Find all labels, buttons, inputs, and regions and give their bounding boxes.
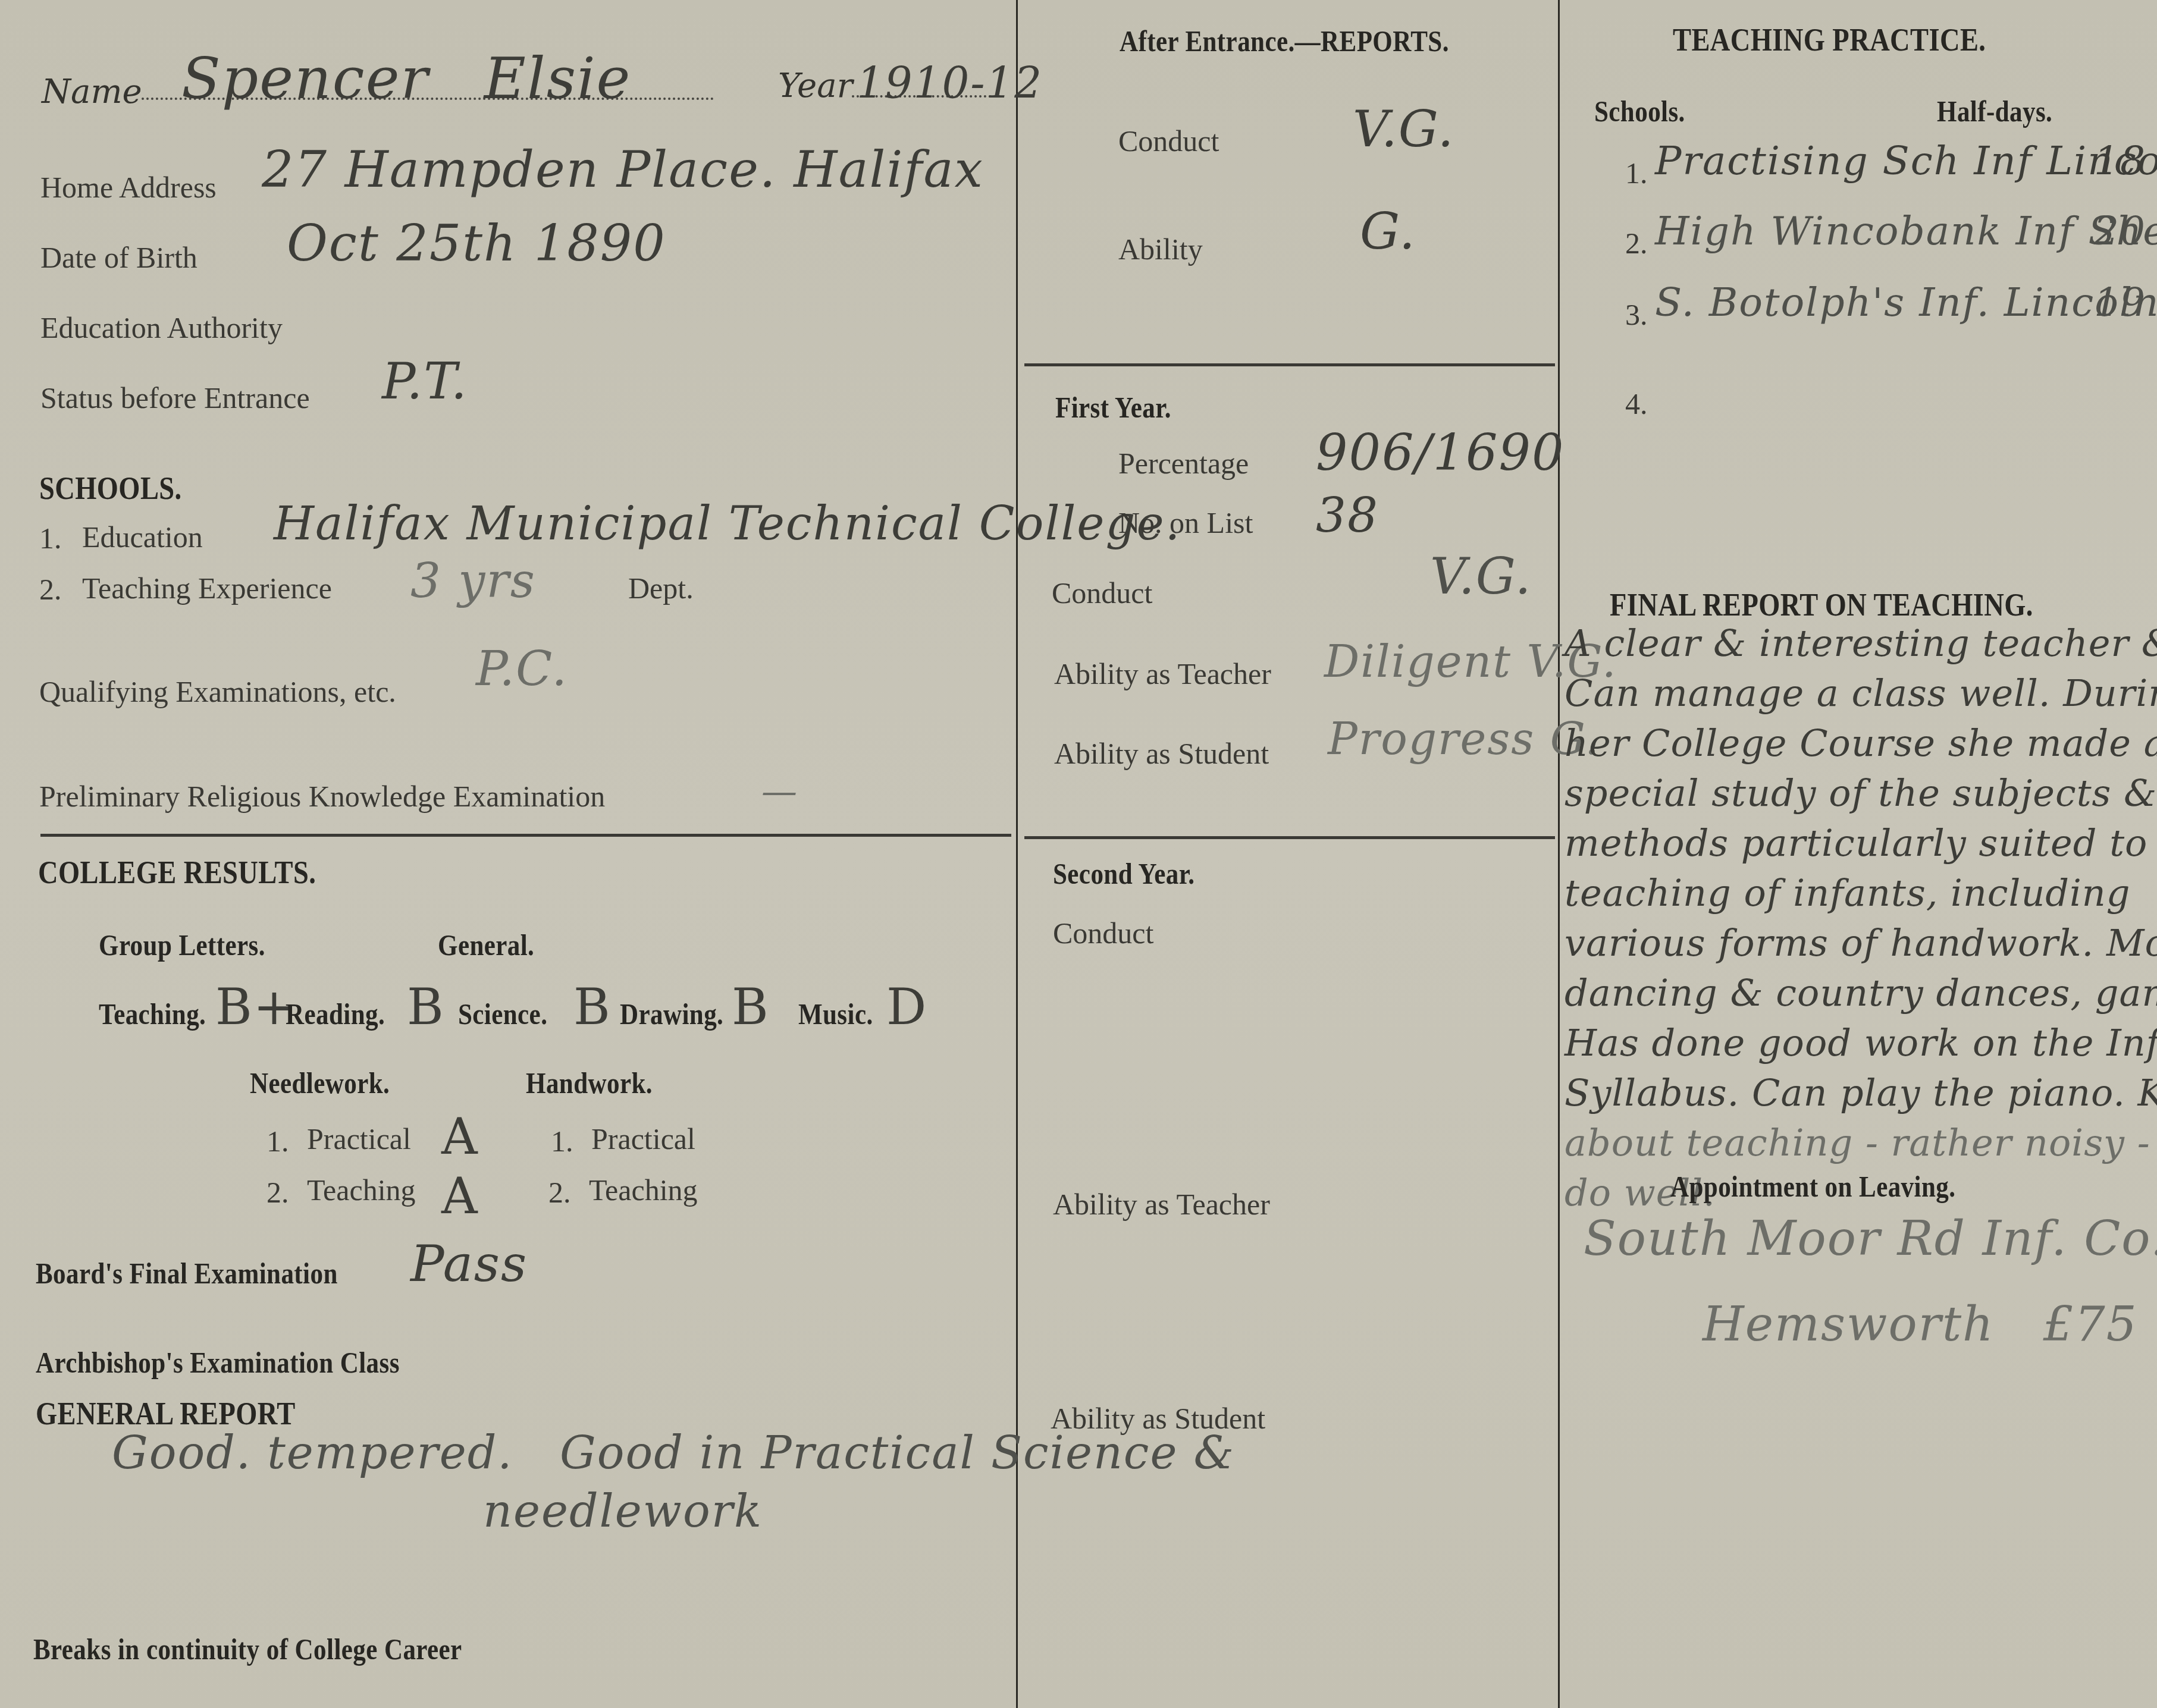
tp-entry-num: 3.	[1625, 297, 1648, 332]
subject-label: Science.	[458, 997, 547, 1031]
reports-conduct-label: Conduct	[1118, 124, 1219, 158]
list-value[interactable]: 38	[1316, 488, 1379, 543]
section-divider-first-year	[1024, 836, 1555, 839]
section-divider-reports	[1024, 363, 1555, 366]
tp-entry-num: 1.	[1625, 156, 1648, 190]
school-2-value[interactable]: 3 yrs	[410, 553, 536, 608]
tp-halfdays-label: Half-days.	[1937, 94, 2052, 128]
reports-heading: After Entrance.—REPORTS.	[1120, 24, 1449, 58]
appointment-heading: Appointment on Leaving.	[1670, 1169, 1955, 1204]
reports-ability-value[interactable]: G.	[1360, 202, 1416, 260]
school-1-num: 1.	[39, 521, 62, 555]
tp-entry-school[interactable]: High Wincobank Inf Sheffield	[1655, 208, 2157, 254]
archbishop-label: Archbishop's Examination Class	[36, 1345, 400, 1380]
handwork-2-label: Teaching	[589, 1173, 698, 1207]
appointment-line2[interactable]: Hemsworth £75	[1703, 1296, 2138, 1352]
home-address-label: Home Address	[40, 170, 217, 205]
tp-entry-school[interactable]: S. Botolph's Inf. Lincoln	[1655, 280, 2157, 325]
percentage-value[interactable]: 906/1690	[1316, 423, 1565, 482]
column-divider-right	[1558, 0, 1560, 1708]
boards-final-label: Board's Final Examination	[36, 1256, 338, 1291]
first-year-teacher-label: Ability as Teacher	[1054, 657, 1271, 691]
handwork-label: Handwork.	[526, 1066, 653, 1100]
college-results-heading: COLLEGE RESULTS.	[38, 854, 316, 891]
final-report-line: teaching of infants, including	[1565, 868, 2153, 918]
religious-label: Preliminary Religious Knowledge Examinat…	[39, 779, 605, 814]
reports-conduct-value[interactable]: V.G.	[1353, 100, 1455, 158]
needlework-2-grade[interactable]: A	[441, 1167, 479, 1225]
general-label: General.	[438, 928, 534, 962]
schools-heading: SCHOOLS.	[39, 470, 182, 507]
final-report-line: Has done good work on the Infant Sch	[1565, 1018, 2153, 1068]
subject-grade[interactable]: B	[407, 978, 445, 1036]
final-report-line: about teaching - rather noisy - should	[1565, 1118, 2153, 1168]
tp-entry-school[interactable]: Practising Sch Inf Lincoln	[1655, 138, 2157, 184]
first-year-conduct-label: Conduct	[1052, 576, 1152, 610]
percentage-label: Percentage	[1118, 446, 1249, 481]
final-report-line: dancing & country dances, games &c	[1565, 968, 2153, 1018]
status-value[interactable]: P.T.	[382, 352, 468, 410]
first-year-student-label: Ability as Student	[1054, 736, 1269, 771]
school-1-label: Education	[82, 520, 203, 554]
second-year-heading: Second Year.	[1053, 856, 1195, 891]
subject-grade[interactable]: D	[886, 978, 927, 1036]
needlework-label: Needlework.	[250, 1066, 390, 1100]
school-2-label: Teaching Experience	[82, 571, 332, 605]
subject-grade[interactable]: B	[732, 978, 770, 1036]
handwork-1-label: Practical	[591, 1122, 695, 1156]
second-year-conduct-label: Conduct	[1053, 916, 1153, 950]
religious-value[interactable]: —	[761, 771, 798, 812]
tp-entry-halfdays[interactable]: 20	[2094, 208, 2146, 254]
subject-grade[interactable]: B	[573, 978, 612, 1036]
final-report-text[interactable]: A clear & interesting teacher &Can manag…	[1565, 618, 2153, 1218]
final-report-line: Syllabus. Can play the piano. Keen	[1565, 1068, 2153, 1118]
year-label: Year	[778, 67, 852, 105]
handwork-1-num: 1.	[551, 1124, 573, 1158]
dept-label: Dept.	[628, 571, 694, 605]
qualifying-value[interactable]: P.C.	[476, 641, 568, 696]
general-report-line2[interactable]: needlework	[483, 1484, 763, 1537]
subject-label: Drawing.	[620, 997, 723, 1031]
handwork-2-num: 2.	[548, 1175, 571, 1210]
final-report-line: various forms of handwork. Morris	[1565, 918, 2153, 968]
name-value[interactable]: Spencer Elsie	[181, 45, 631, 112]
qualifying-label: Qualifying Examinations, etc.	[39, 674, 396, 709]
subject-label: Music.	[798, 997, 873, 1031]
subject-label: Reading.	[286, 997, 385, 1031]
first-year-conduct-value[interactable]: V.G.	[1430, 547, 1532, 605]
tp-schools-label: Schools.	[1594, 94, 1685, 128]
final-report-line: Can manage a class well. During	[1565, 668, 2153, 718]
status-label: Status before Entrance	[40, 381, 310, 415]
tp-entry-num: 2.	[1625, 226, 1648, 260]
school-1-value[interactable]: Halifax Municipal Technical College.	[274, 497, 1181, 551]
needlework-2-num: 2.	[267, 1175, 289, 1210]
teaching-practice-heading: TEACHING PRACTICE.	[1673, 21, 1986, 58]
tp-entry-halfdays[interactable]: 19	[2094, 280, 2146, 325]
dob-label: Date of Birth	[40, 240, 197, 275]
home-address-value[interactable]: 27 Hampden Place. Halifax	[262, 140, 984, 199]
first-year-student-value[interactable]: Progress G.	[1328, 714, 1600, 765]
list-label: No. on List	[1118, 506, 1253, 540]
second-year-student-label: Ability as Student	[1051, 1401, 1265, 1436]
boards-final-value[interactable]: Pass	[410, 1235, 528, 1293]
section-divider-left	[40, 834, 1011, 837]
needlework-2-label: Teaching	[307, 1173, 416, 1207]
final-report-line: A clear & interesting teacher &	[1565, 618, 2153, 668]
tp-entry-num: 4.	[1625, 387, 1648, 421]
school-2-num: 2.	[39, 572, 62, 607]
needlework-1-label: Practical	[307, 1122, 411, 1156]
subject-label: Teaching.	[99, 997, 206, 1031]
record-card: Name Spencer Elsie Year 1910-12 Home Add…	[0, 0, 2157, 1708]
breaks-label: Breaks in continuity of College Career	[33, 1632, 462, 1666]
first-year-heading: First Year.	[1055, 390, 1171, 425]
subject-grade[interactable]: B+	[215, 978, 296, 1036]
final-report-heading: FINAL REPORT ON TEACHING.	[1610, 586, 2033, 623]
reports-ability-label: Ability	[1118, 232, 1203, 266]
final-report-line: her College Course she made a	[1565, 718, 2153, 768]
needlework-1-num: 1.	[267, 1124, 289, 1158]
dob-value[interactable]: Oct 25th 1890	[287, 214, 666, 272]
group-letters-label: Group Letters.	[99, 928, 265, 962]
year-value[interactable]: 1910-12	[857, 58, 1043, 108]
needlework-1-grade[interactable]: A	[441, 1107, 479, 1166]
tp-entry-halfdays[interactable]: 18	[2094, 138, 2146, 184]
final-report-line: special study of the subjects &	[1565, 768, 2153, 818]
education-authority-label: Education Authority	[40, 310, 283, 345]
name-label: Name	[42, 73, 142, 111]
appointment-line1[interactable]: South Moor Rd Inf. Co.	[1584, 1211, 2157, 1266]
final-report-line: methods particularly suited to the	[1565, 818, 2153, 868]
second-year-teacher-label: Ability as Teacher	[1053, 1187, 1270, 1222]
